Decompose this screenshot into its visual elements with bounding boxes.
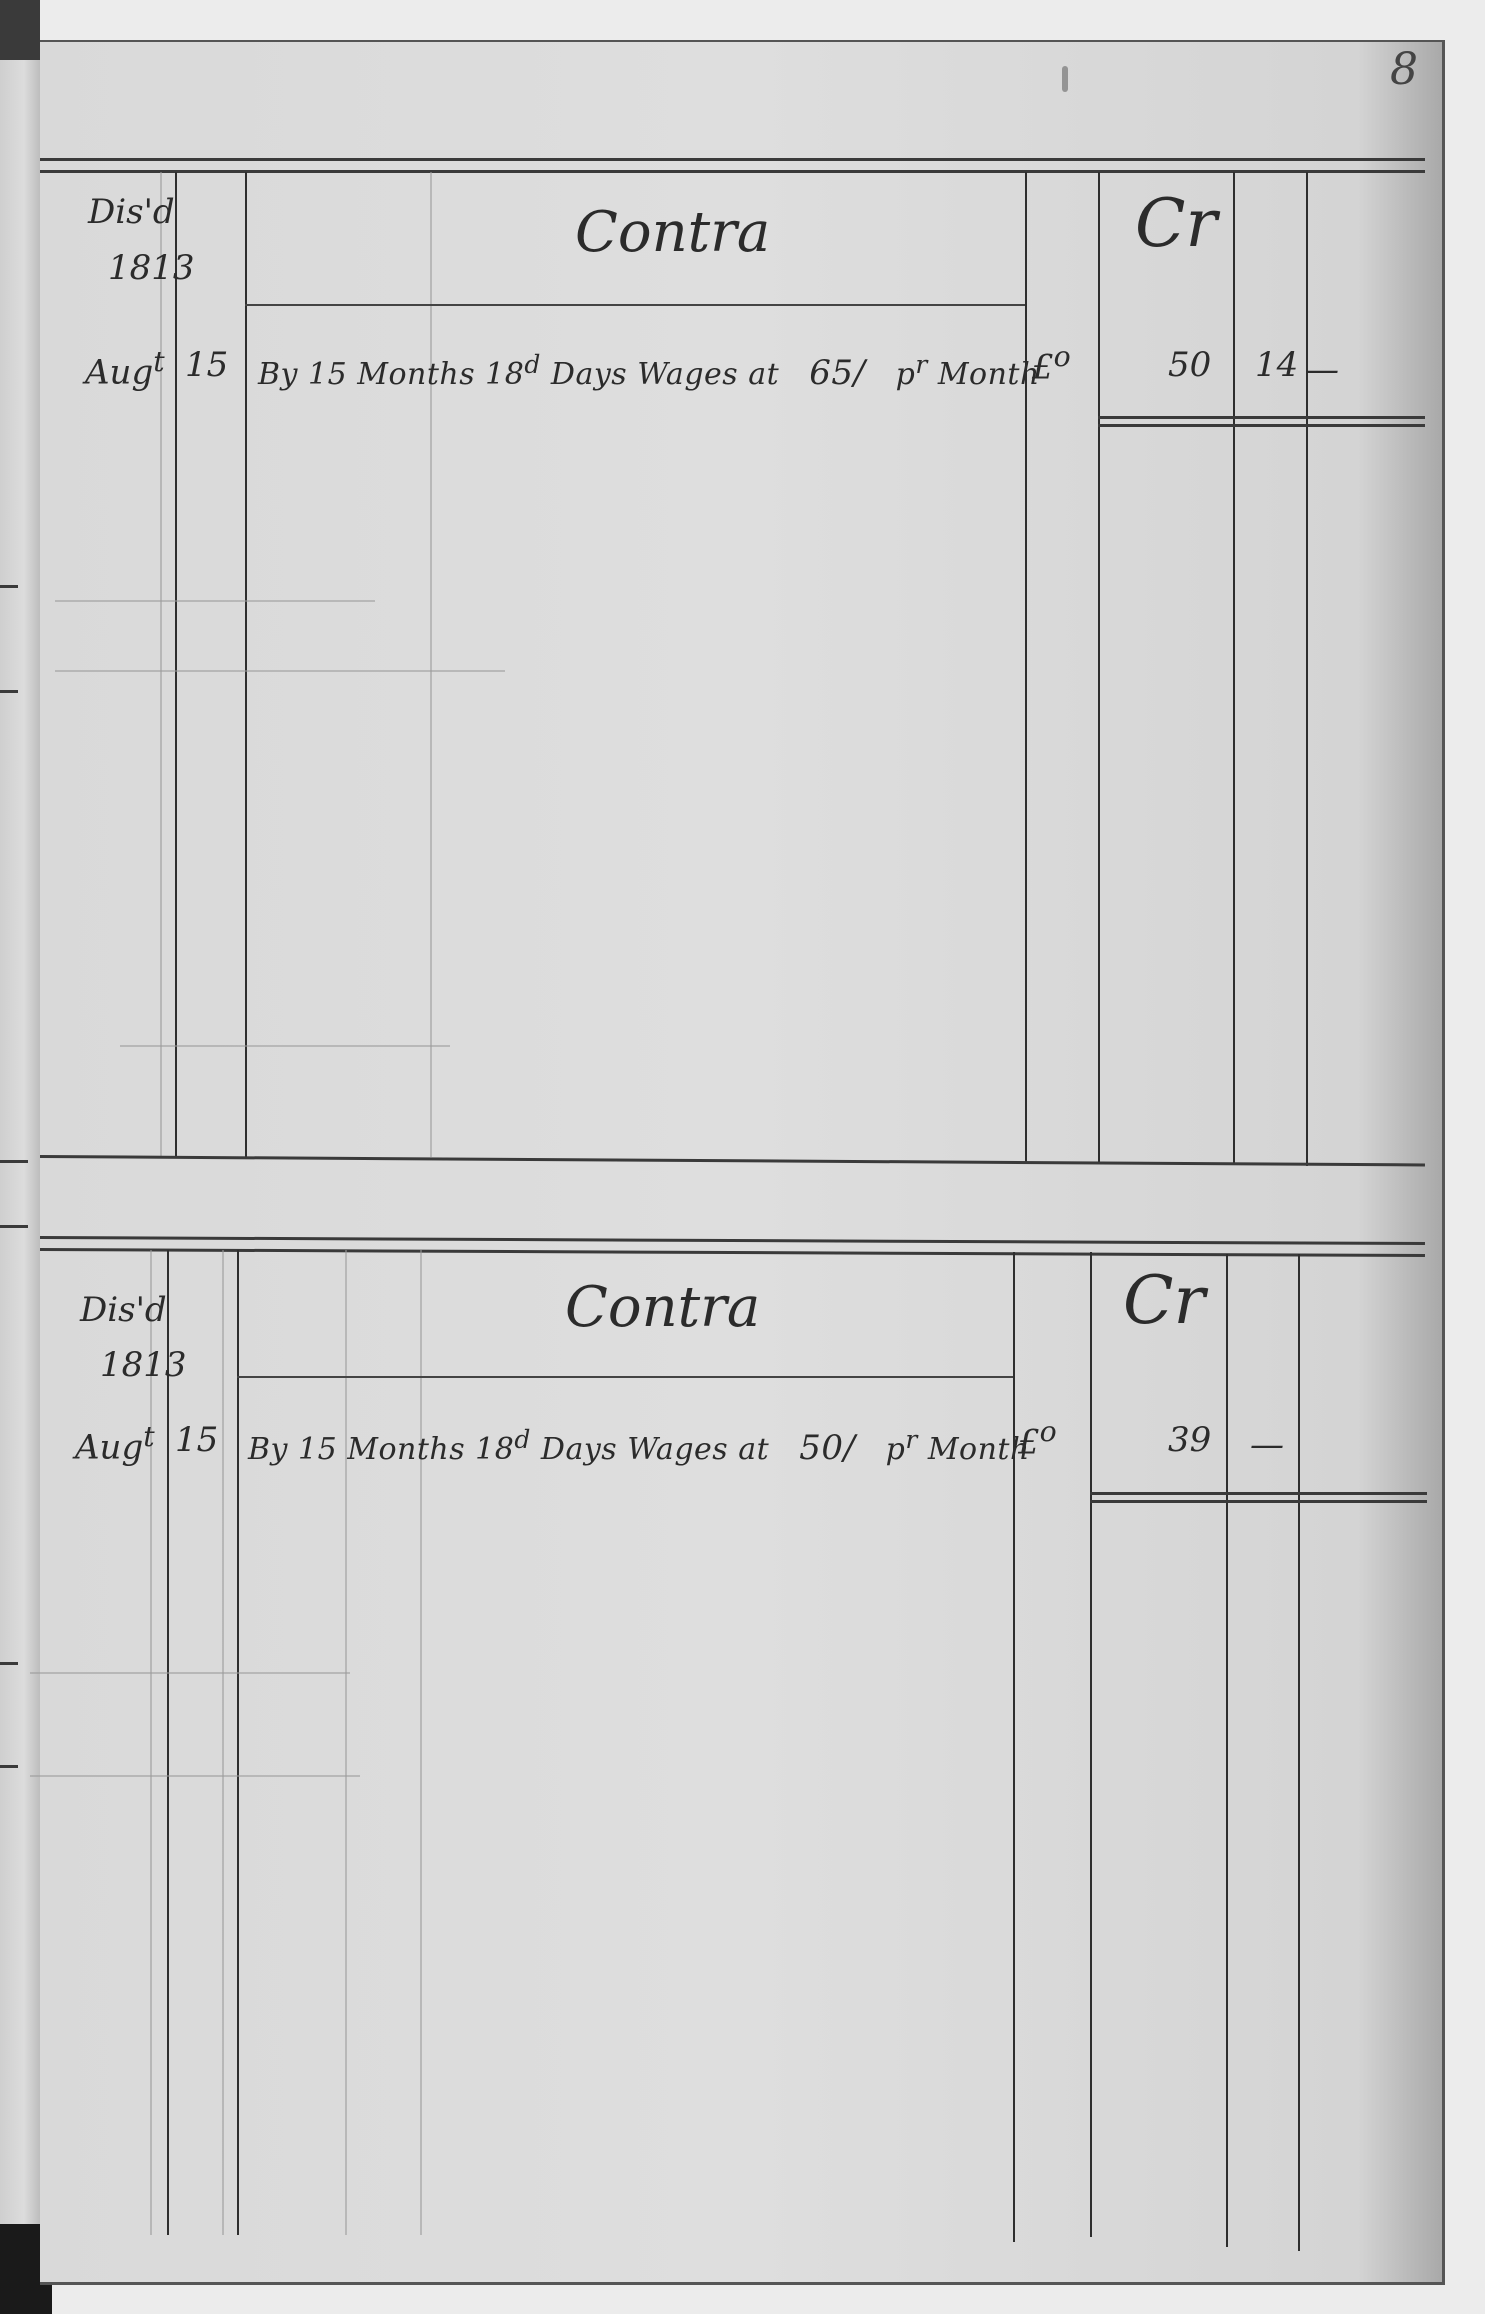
column-rule-desc [1013,1252,1015,2242]
faint-ink-mark [1062,66,1068,92]
total-double-rule-upper [1090,1492,1427,1495]
faint-guide-rule [150,1250,152,2235]
column-rule-month [167,1250,169,2235]
credit-label: Cr [1135,185,1217,262]
column-rule-pounds [1233,172,1235,1165]
entry-description: By 15 Months 18d Days Wages at 50/ pr Mo… [248,1425,1030,1468]
folio-number: 8 [1390,44,1418,95]
facing-page-rule [0,1765,18,1768]
faint-guide-rule [430,172,432,1157]
faint-ruled-line [55,600,375,602]
faint-ruled-line [55,670,505,672]
book-binding [0,0,40,2314]
column-rule-day [237,1250,239,2235]
facing-page-rule [0,690,18,693]
faint-guide-rule [222,1250,224,2235]
faint-ruled-line [30,1775,360,1777]
credit-label: Cr [1123,1262,1205,1339]
faint-ruled-line [120,1045,450,1047]
facing-page-rule [0,1160,28,1163]
faint-guide-rule [345,1250,347,2235]
column-rule-folio [1090,1252,1092,2237]
facing-page-rule [0,1225,28,1228]
column-rule-folio [1098,172,1100,1164]
disbursed-label: Dis'd [88,192,175,232]
entry-currency: £o [1018,1415,1057,1462]
entry-description: By 15 Months 18d Days Wages at 65/ pr Mo… [258,350,1040,393]
entry-day: 15 [185,345,228,385]
header-underline [237,1376,1013,1378]
column-rule-desc [1025,172,1027,1162]
top-double-rule-lower [40,170,1425,173]
entry-currency: £o [1032,340,1071,387]
column-rule-shillings [1306,172,1308,1166]
disbursed-label: Dis'd [80,1290,167,1330]
column-rule-month [175,172,177,1157]
entry-day: 15 [175,1420,218,1460]
section-title: Contra [565,1275,760,1340]
column-rule-pounds [1226,1254,1228,2247]
faint-guide-rule [160,172,162,1157]
top-double-rule-upper [40,158,1425,161]
facing-page-rule [0,585,18,588]
total-double-rule-lower [1090,1500,1427,1503]
column-rule-day [245,172,247,1159]
entry-pence: — [1305,350,1339,390]
entry-month: Augt [85,345,165,392]
facing-page-rule [0,1662,18,1665]
year-label: 1813 [108,248,195,288]
section-title: Contra [575,200,770,265]
entry-shillings: 14 [1255,345,1298,385]
year-label: 1813 [100,1345,187,1385]
column-rule-shillings [1298,1254,1300,2251]
faint-guide-rule [420,1250,422,2235]
faint-ruled-line [30,1672,350,1674]
entry-pounds: 50 [1168,345,1211,385]
total-double-rule-upper [1098,416,1425,419]
entry-month: Augt [75,1420,155,1467]
entry-pounds: 39 [1168,1420,1211,1460]
binding-shadow-top [0,0,40,60]
total-double-rule-lower [1098,424,1425,427]
entry-shillings: — [1250,1425,1284,1465]
header-underline [245,304,1025,306]
